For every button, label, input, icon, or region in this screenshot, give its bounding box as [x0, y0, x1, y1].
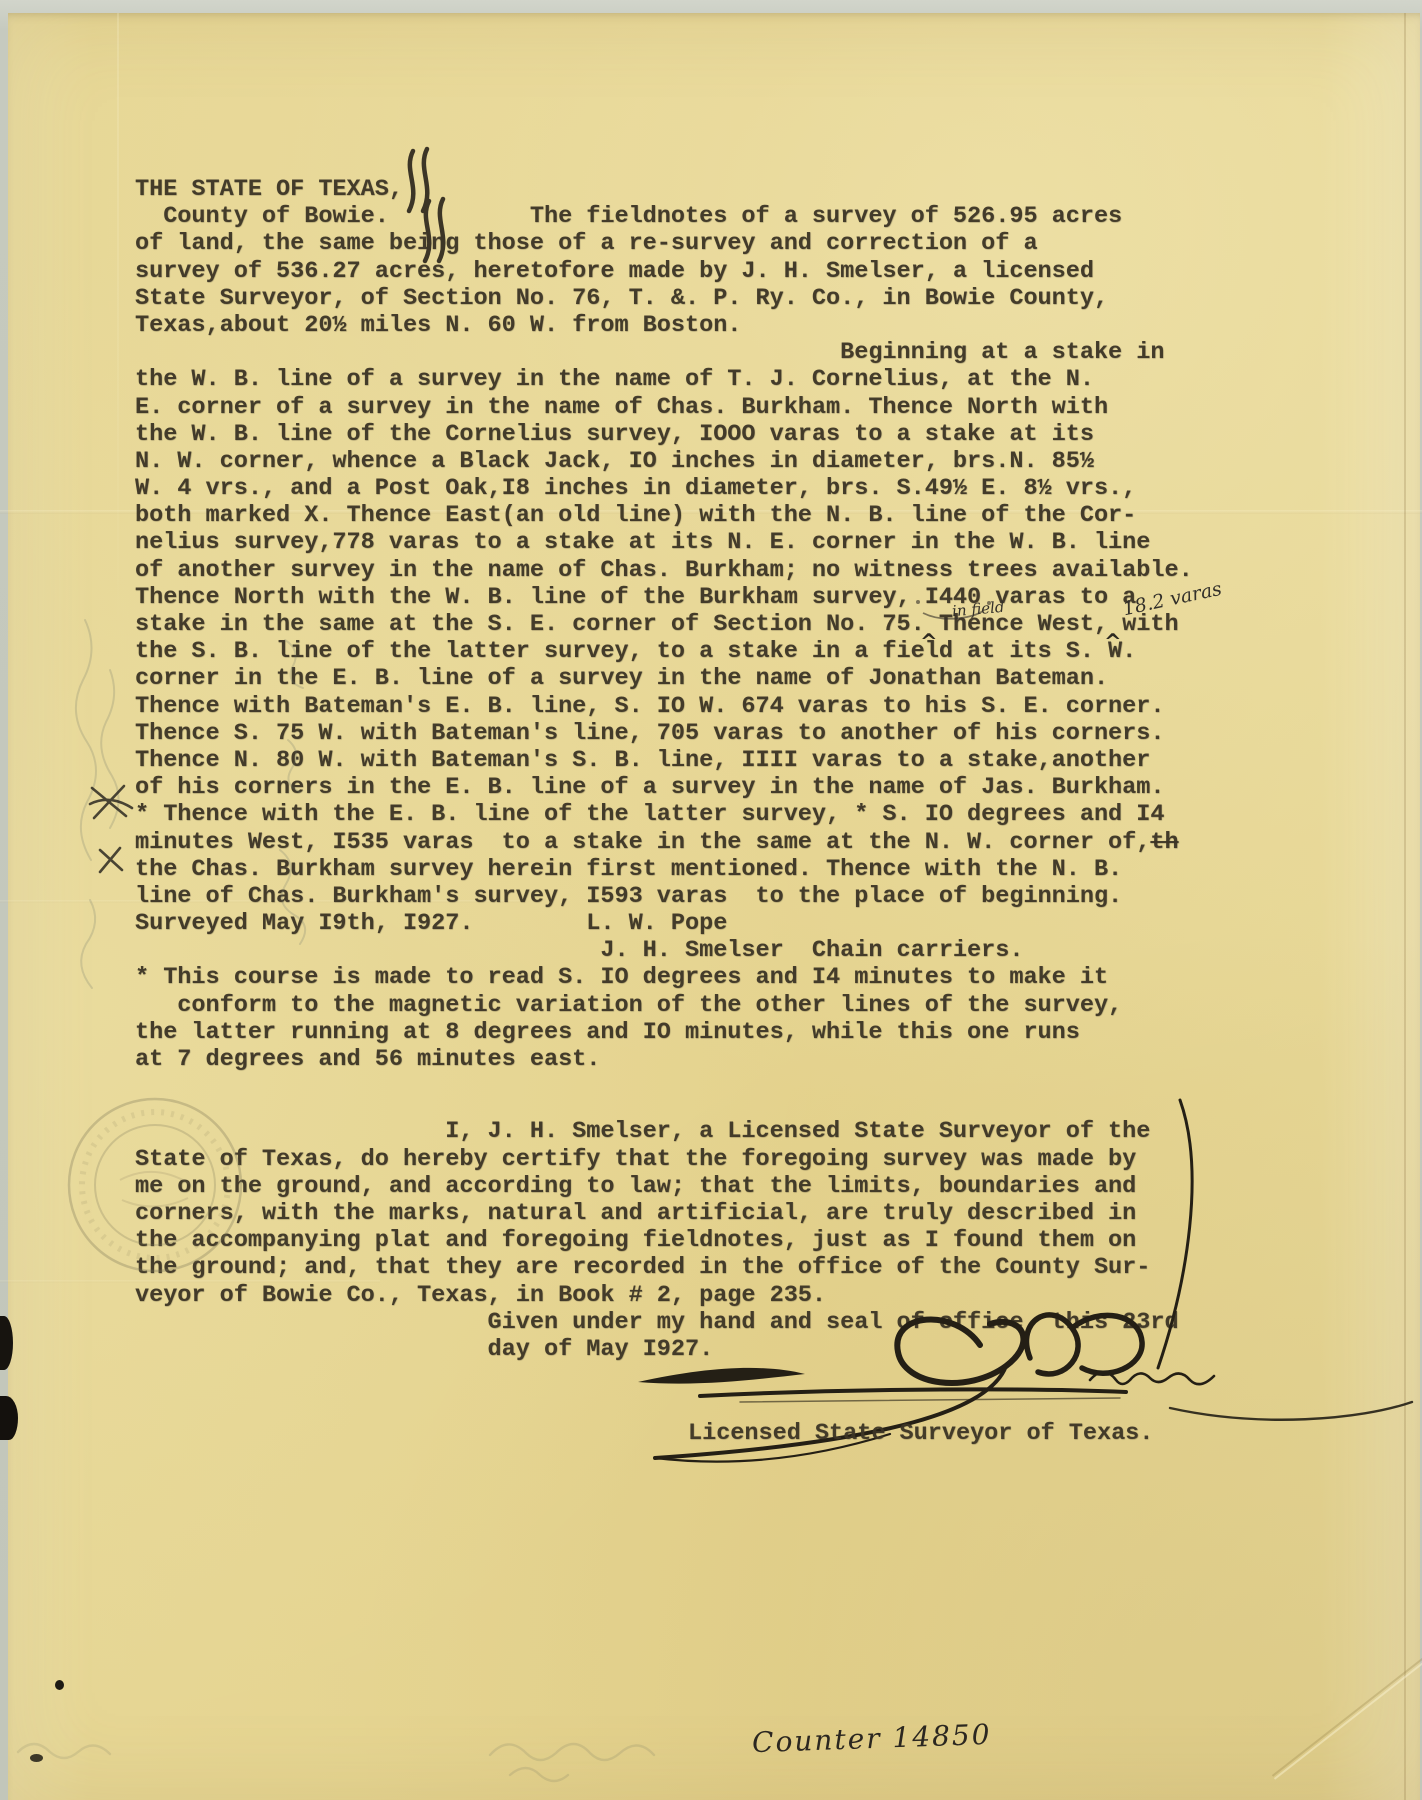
typed-line: County of Bowie. The fieldnotes of a sur… [135, 203, 1295, 230]
typed-line: W. 4 vrs., and a Post Oak,I8 inches in d… [135, 475, 1295, 502]
scanner-background: THE STATE OF TEXAS, County of Bowie. The… [0, 0, 1422, 1800]
typed-line: Texas,about 20½ miles N. 60 W. from Bost… [135, 312, 1295, 339]
typed-line: Beginning at a stake in [135, 339, 1295, 366]
typed-line: the W. B. line of a survey in the name o… [135, 366, 1295, 393]
typed-line: of land, the same being those of a re-su… [135, 230, 1295, 257]
typed-line: survey of 536.27 acres, heretofore made … [135, 258, 1295, 285]
insertion-caret: ^ [1104, 630, 1122, 654]
brace-marks [393, 143, 473, 273]
ink-speck [30, 1754, 43, 1762]
typed-line: nelius survey,778 varas to a stake at it… [135, 529, 1295, 556]
signature [560, 1090, 1420, 1510]
typed-line: the W. B. line of the Cornelius survey, … [135, 421, 1295, 448]
bleedthrough-scribble [8, 1712, 158, 1792]
typed-line: at 7 degrees and 56 minutes east. [135, 1046, 1295, 1073]
typed-line: THE STATE OF TEXAS, [135, 176, 1295, 203]
bleedthrough-scribble [470, 1700, 750, 1790]
surveyor-title-line: Licensed State Surveyor of Texas. [688, 1420, 1153, 1447]
typed-line: of another survey in the name of Chas. B… [135, 557, 1295, 584]
embossed-seal [50, 1080, 260, 1290]
ink-speck [55, 1680, 64, 1690]
scanned-survey-document: { "colors": { "scan_bg": "#c6cabf", "pap… [0, 0, 1422, 1800]
margin-scribbles [30, 600, 350, 1040]
insertion-caret: ^ [920, 630, 938, 654]
struck-word: th [1150, 829, 1178, 856]
pen-marks-i440 [905, 575, 1015, 625]
typed-line: both marked X. Thence East(an old line) … [135, 502, 1295, 529]
typed-line: E. corner of a survey in the name of Cha… [135, 394, 1295, 421]
typed-line: N. W. corner, whence a Black Jack, IO in… [135, 448, 1295, 475]
typed-line: State Surveyor, of Section No. 76, T. &.… [135, 285, 1295, 312]
